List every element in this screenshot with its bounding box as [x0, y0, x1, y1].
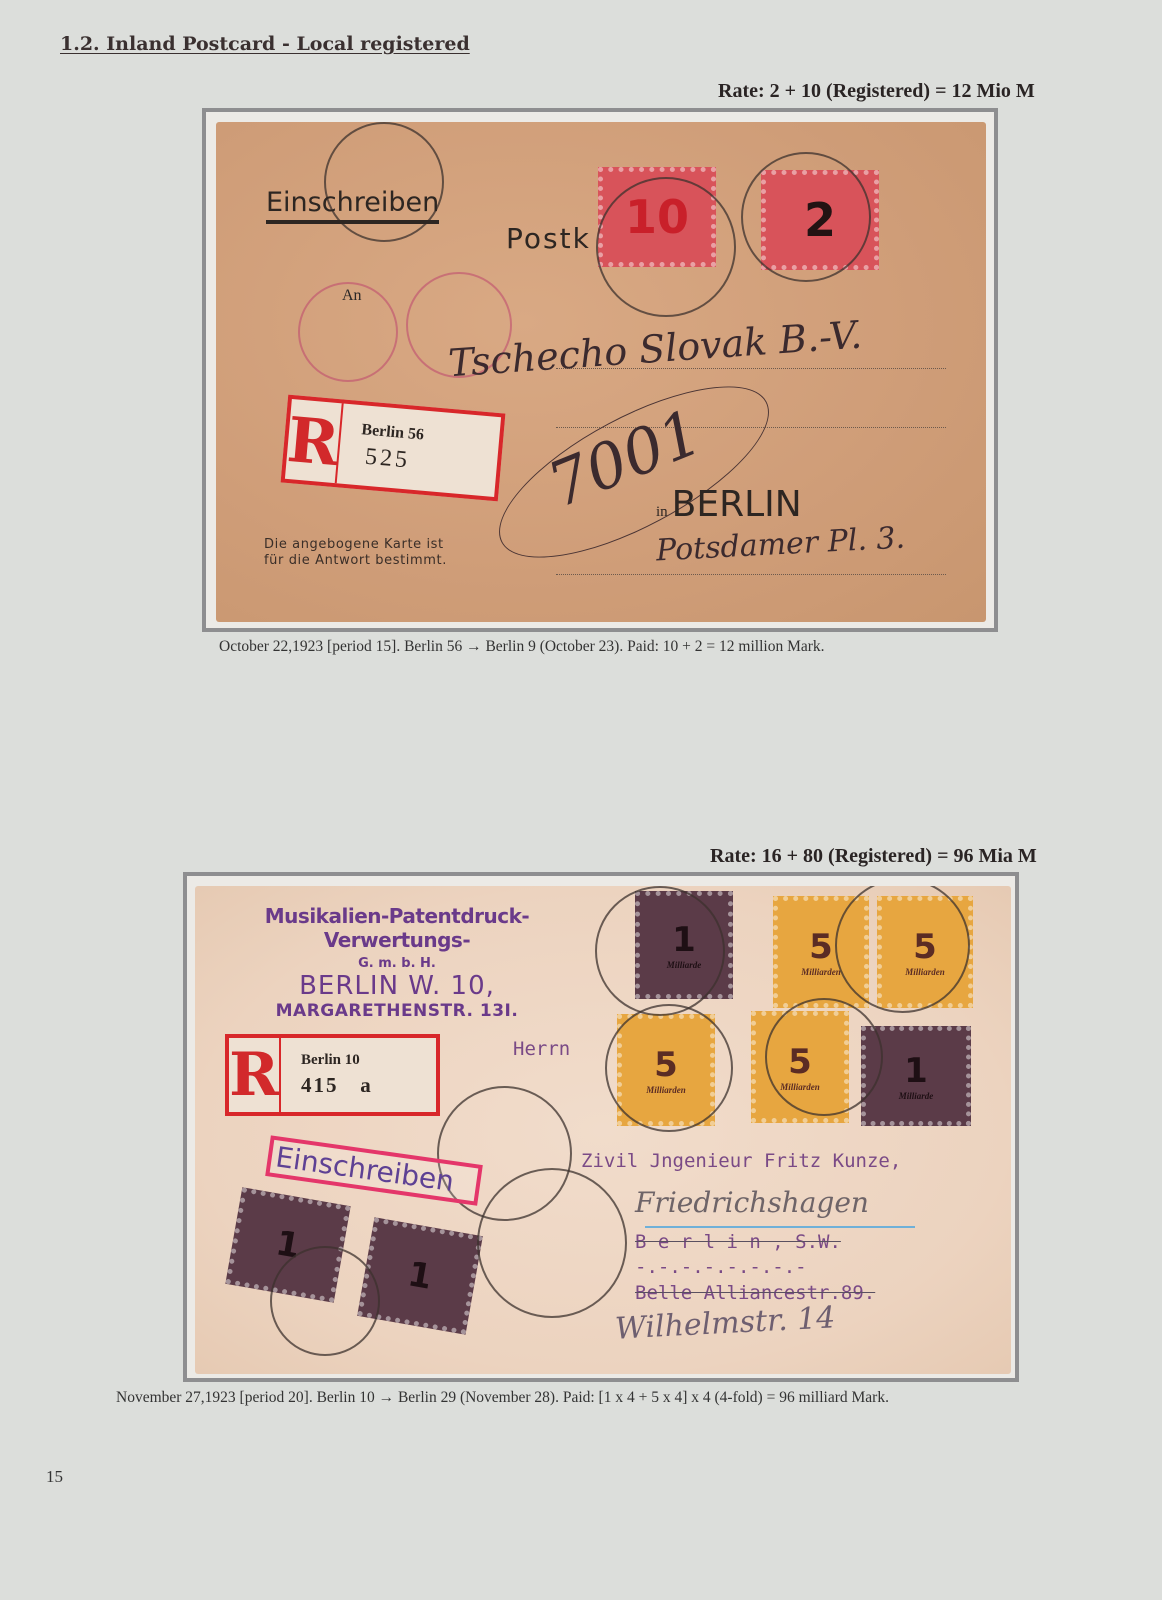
rate-label: Rate: 16 + 80 (Registered) = 96 Mia M [710, 845, 1037, 868]
einschreiben-header: Einschreiben [266, 187, 439, 224]
addressee: Zivil Jngenieur Fritz Kunze, [581, 1150, 901, 1172]
postcard: Einschreiben Postk An 10 2 Tschecho Slov… [216, 122, 986, 622]
address-separator: -.-.-.-.-.-.-.- [635, 1256, 807, 1278]
section-title: 1.2. Inland Postcard - Local registered [60, 33, 470, 55]
handwritten-new-street: Wilhelmstr. 14 [614, 1300, 836, 1346]
postmark-berlin-56 [596, 177, 736, 317]
postmark [324, 122, 444, 242]
handwritten-street: Potsdamer Pl. 3. [655, 521, 906, 569]
page-number: 15 [46, 1467, 63, 1487]
postmark-berlin-w [605, 1004, 733, 1132]
registration-label: R Berlin 56 525 [281, 395, 506, 502]
registration-office: Berlin 56 [361, 421, 425, 444]
postmark-berlin-w [595, 886, 725, 1016]
address-street: Belle Alliancestr.89. [635, 1282, 875, 1304]
caption: October 22,1923 [period 15]. Berlin 56 →… [219, 638, 825, 656]
registration-r: R [285, 399, 344, 483]
reply-card-note: Die angebogene Karte ist für die Antwort… [264, 537, 447, 569]
postmark-berlin-w [270, 1246, 380, 1356]
registration-number: 415 a [301, 1073, 373, 1098]
postcard-frame: Einschreiben Postk An 10 2 Tschecho Slov… [202, 108, 998, 632]
blue-pencil-line [645, 1226, 915, 1228]
registration-r: R [229, 1038, 281, 1112]
destination-city: BERLIN [672, 484, 802, 525]
postcard-frame: Musikalien-Patentdruck-Verwertungs- G. m… [183, 872, 1019, 1382]
sender-stamp: Musikalien-Patentdruck-Verwertungs- G. m… [207, 904, 587, 1021]
postcard: Musikalien-Patentdruck-Verwertungs- G. m… [195, 886, 1011, 1374]
handwritten-redirect: Friedrichshagen [635, 1186, 869, 1219]
postmark-berlin-56 [741, 152, 871, 282]
address-city: B e r l i n , S.W. [635, 1231, 841, 1253]
registration-office: Berlin 10 [301, 1052, 373, 1069]
herrn-label: Herrn [513, 1038, 570, 1060]
postmark-friedrichshagen [477, 1168, 627, 1318]
caption: November 27,1923 [period 20]. Berlin 10 … [116, 1389, 889, 1407]
address-line [556, 574, 946, 575]
postmark-berlin-w [765, 998, 883, 1116]
postcard-title: Postk [506, 222, 591, 255]
address-prefix: An [342, 287, 362, 305]
registration-label: R Berlin 10 415 a [225, 1034, 440, 1116]
rate-label: Rate: 2 + 10 (Registered) = 12 Mio M [718, 80, 1035, 103]
destination: in BERLIN [656, 484, 802, 525]
registration-number: 525 [358, 443, 423, 475]
